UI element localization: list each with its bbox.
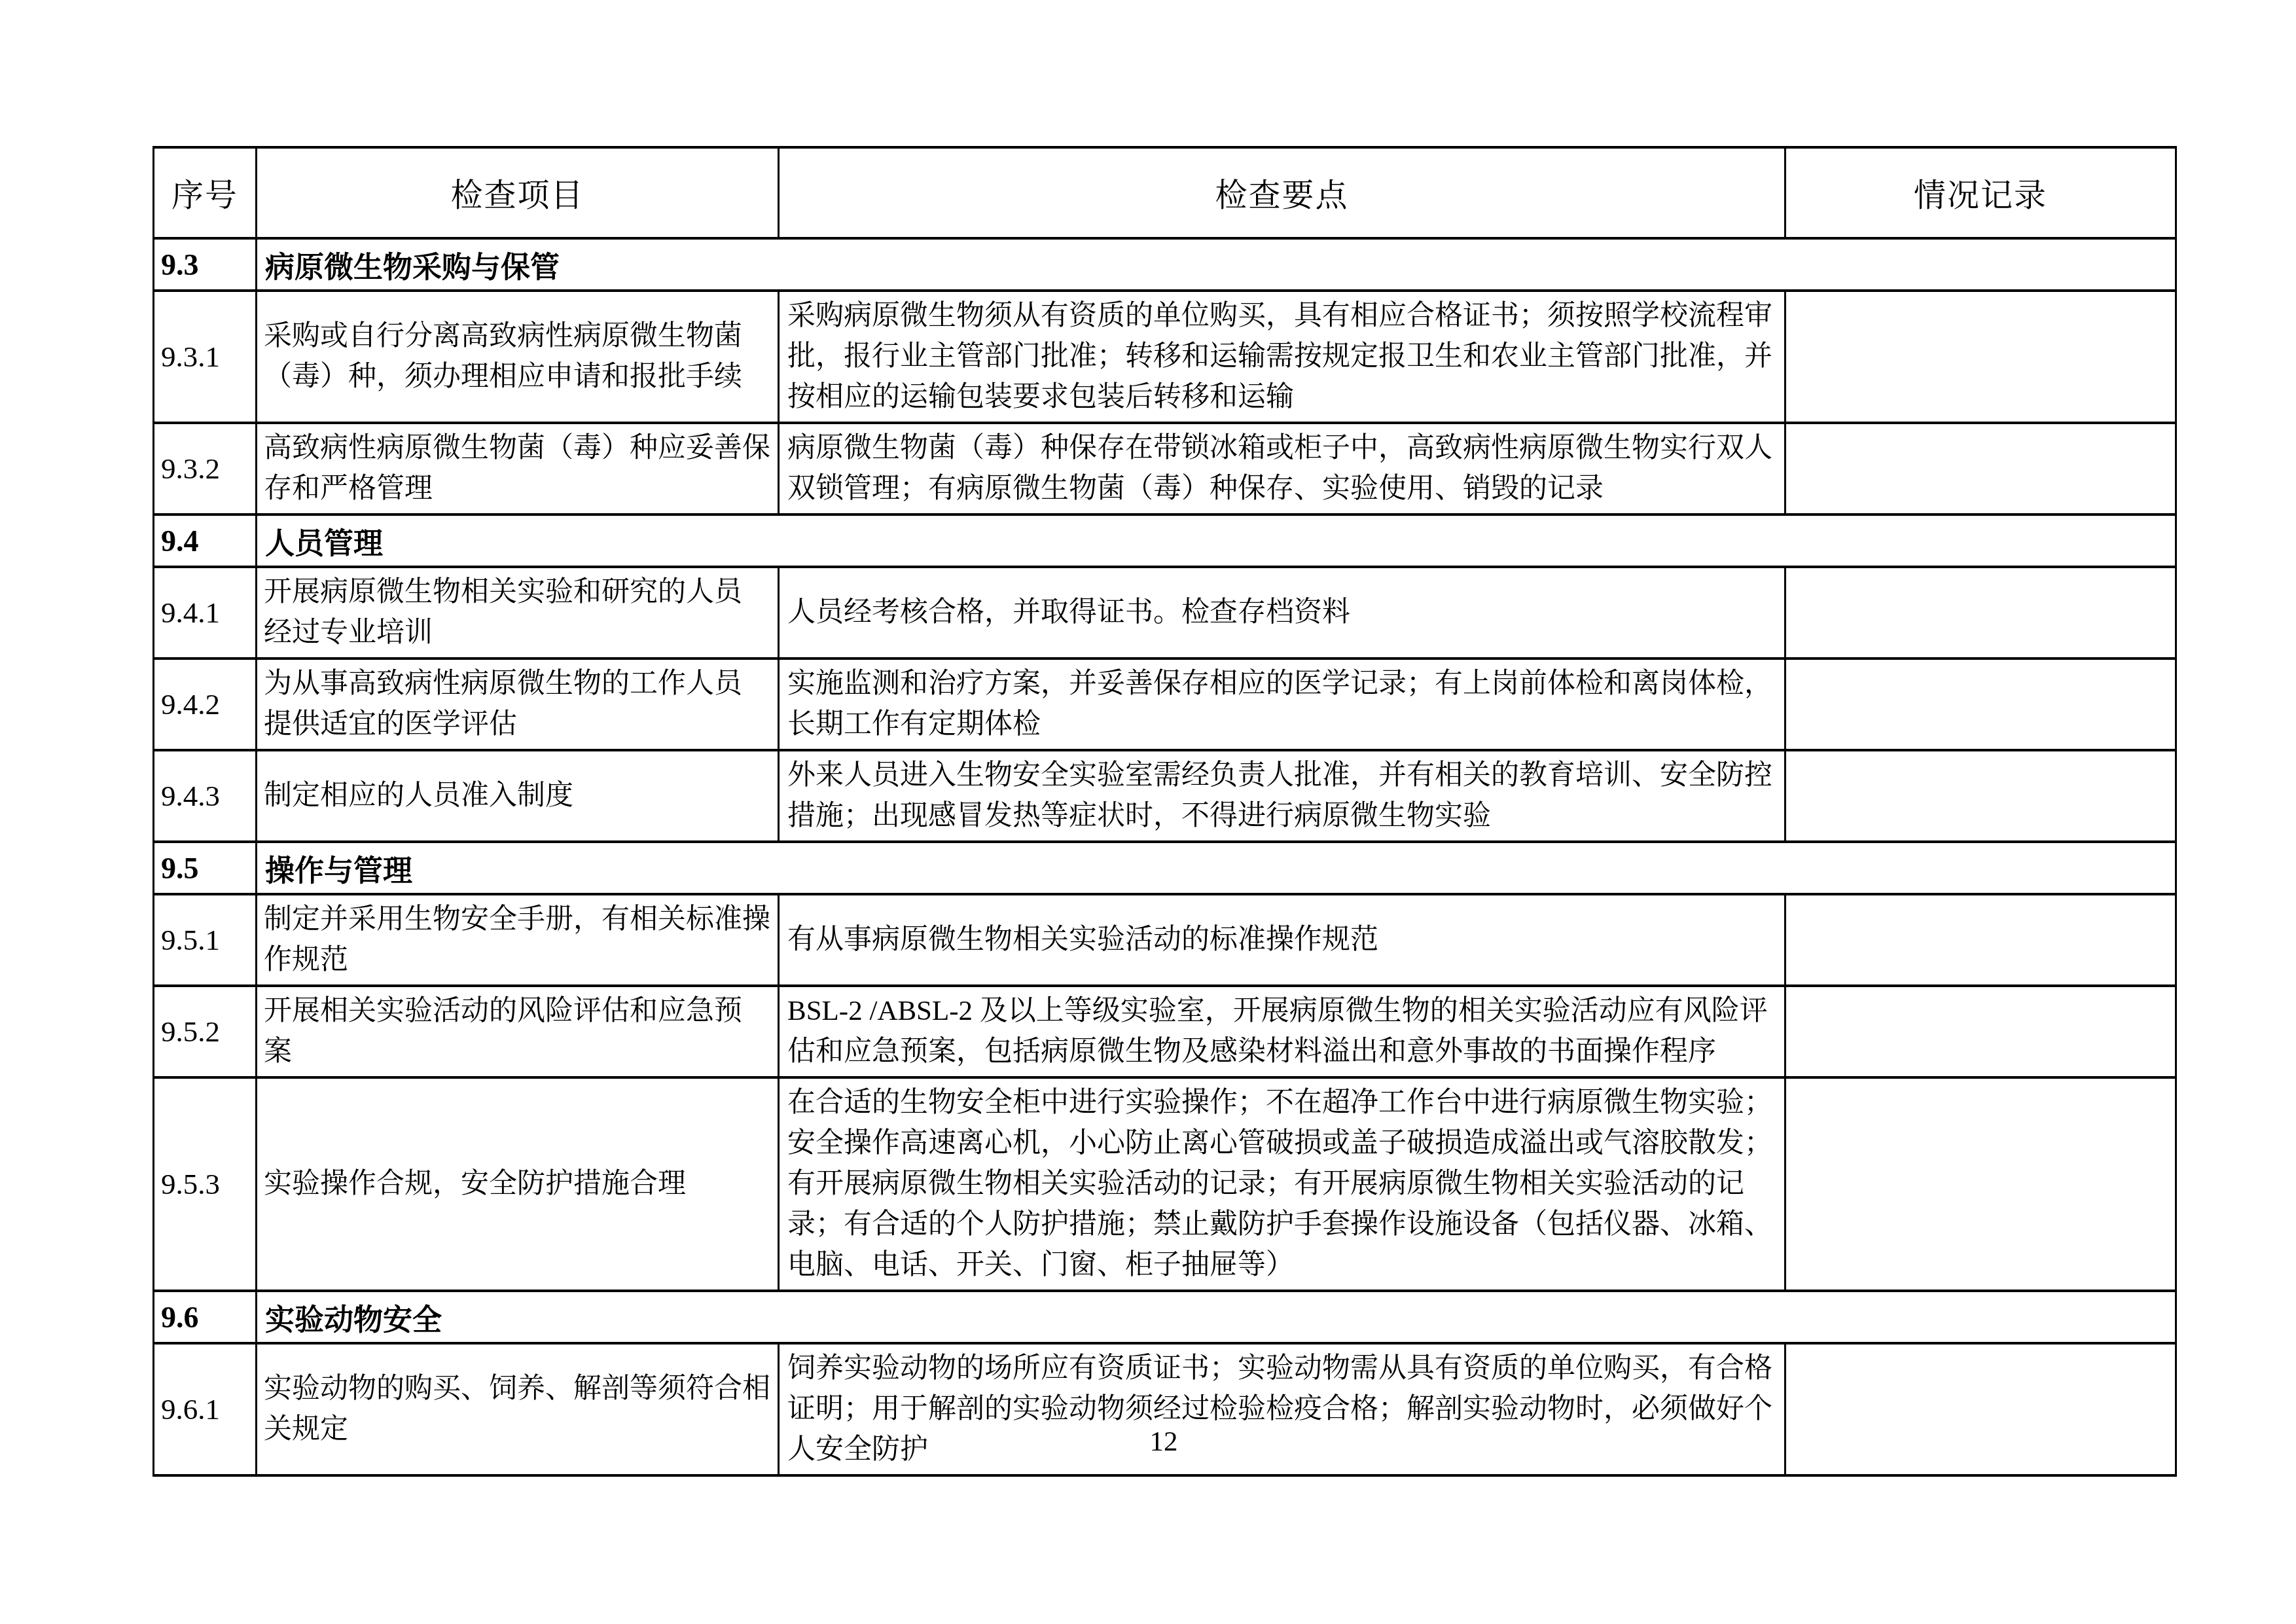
record-cell — [1785, 750, 2176, 842]
check-point-cell: 采购病原微生物须从有资质的单位购买，具有相应合格证书；须按照学校流程审 批，报行… — [779, 291, 1785, 423]
check-item-cell: 开展病原微生物相关实验和研究的人员 经过专业培训 — [257, 567, 779, 659]
header-row: 序号 检查项目 检查要点 情况记录 — [154, 147, 2176, 238]
record-cell — [1785, 986, 2176, 1077]
row-number-cell: 9.5.2 — [154, 986, 257, 1077]
row-number-cell: 9.4.2 — [154, 659, 257, 750]
section-number-cell: 9.4 — [154, 514, 257, 567]
table-row: 9.5.2开展相关实验活动的风险评估和应急预 案BSL-2 /ABSL-2 及以… — [154, 986, 2176, 1077]
check-item-cell: 高致病性病原微生物菌（毒）种应妥善保 存和严格管理 — [257, 423, 779, 514]
row-number-cell: 9.5.3 — [154, 1077, 257, 1291]
table-body: 9.3病原微生物采购与保管9.3.1采购或自行分离高致病性病原微生物菌 （毒）种… — [154, 238, 2176, 1475]
row-number-cell: 9.3.2 — [154, 423, 257, 514]
table-row: 9.5.3实验操作合规，安全防护措施合理在合适的生物安全柜中进行实验操作；不在超… — [154, 1077, 2176, 1291]
check-item-cell: 采购或自行分离高致病性病原微生物菌 （毒）种，须办理相应申请和报批手续 — [257, 291, 779, 423]
table-header: 序号 检查项目 检查要点 情况记录 — [154, 147, 2176, 238]
table-row: 9.3.1采购或自行分离高致病性病原微生物菌 （毒）种，须办理相应申请和报批手续… — [154, 291, 2176, 423]
section-number-cell: 9.5 — [154, 842, 257, 894]
check-item-cell: 开展相关实验活动的风险评估和应急预 案 — [257, 986, 779, 1077]
row-number-cell: 9.3.1 — [154, 291, 257, 423]
row-number-cell: 9.4.1 — [154, 567, 257, 659]
section-title-cell: 人员管理 — [257, 514, 2176, 567]
header-cell-point: 检查要点 — [779, 147, 1785, 238]
section-title-cell: 实验动物安全 — [257, 1291, 2176, 1343]
check-point-cell: 实施监测和治疗方案，并妥善保存相应的医学记录；有上岗前体检和离岗体检， 长期工作… — [779, 659, 1785, 750]
check-point-cell: BSL-2 /ABSL-2 及以上等级实验室，开展病原微生物的相关实验活动应有风… — [779, 986, 1785, 1077]
table-row: 9.3.2高致病性病原微生物菌（毒）种应妥善保 存和严格管理病原微生物菌（毒）种… — [154, 423, 2176, 514]
record-cell — [1785, 1077, 2176, 1291]
inspection-table: 序号 检查项目 检查要点 情况记录 9.3病原微生物采购与保管9.3.1采购或自… — [152, 146, 2177, 1477]
header-cell-item: 检查项目 — [257, 147, 779, 238]
check-point-cell: 在合适的生物安全柜中进行实验操作；不在超净工作台中进行病原微生物实验； 安全操作… — [779, 1077, 1785, 1291]
section-row: 9.5操作与管理 — [154, 842, 2176, 894]
check-point-cell: 人员经考核合格，并取得证书。检查存档资料 — [779, 567, 1785, 659]
record-cell — [1785, 659, 2176, 750]
section-title-cell: 操作与管理 — [257, 842, 2176, 894]
section-row: 9.4人员管理 — [154, 514, 2176, 567]
check-item-cell: 实验操作合规，安全防护措施合理 — [257, 1077, 779, 1291]
check-point-cell: 有从事病原微生物相关实验活动的标准操作规范 — [779, 894, 1785, 986]
page-number: 12 — [152, 1426, 2175, 1458]
table-row: 9.5.1制定并采用生物安全手册，有相关标准操 作规范有从事病原微生物相关实验活… — [154, 894, 2176, 986]
table-row: 9.4.1开展病原微生物相关实验和研究的人员 经过专业培训人员经考核合格，并取得… — [154, 567, 2176, 659]
record-cell — [1785, 423, 2176, 514]
section-number-cell: 9.3 — [154, 238, 257, 291]
section-row: 9.6实验动物安全 — [154, 1291, 2176, 1343]
section-title-cell: 病原微生物采购与保管 — [257, 238, 2176, 291]
row-number-cell: 9.4.3 — [154, 750, 257, 842]
header-cell-record: 情况记录 — [1785, 147, 2176, 238]
record-cell — [1785, 291, 2176, 423]
check-point-cell: 病原微生物菌（毒）种保存在带锁冰箱或柜子中，高致病性病原微生物实行双人 双锁管理… — [779, 423, 1785, 514]
section-number-cell: 9.6 — [154, 1291, 257, 1343]
table-row: 9.4.3制定相应的人员准入制度外来人员进入生物安全实验室需经负责人批准，并有相… — [154, 750, 2176, 842]
check-item-cell: 制定并采用生物安全手册，有相关标准操 作规范 — [257, 894, 779, 986]
check-item-cell: 制定相应的人员准入制度 — [257, 750, 779, 842]
record-cell — [1785, 567, 2176, 659]
section-row: 9.3病原微生物采购与保管 — [154, 238, 2176, 291]
check-item-cell: 为从事高致病性病原微生物的工作人员 提供适宜的医学评估 — [257, 659, 779, 750]
record-cell — [1785, 894, 2176, 986]
header-cell-no: 序号 — [154, 147, 257, 238]
table-row: 9.4.2为从事高致病性病原微生物的工作人员 提供适宜的医学评估实施监测和治疗方… — [154, 659, 2176, 750]
row-number-cell: 9.5.1 — [154, 894, 257, 986]
document-page: 序号 检查项目 检查要点 情况记录 9.3病原微生物采购与保管9.3.1采购或自… — [0, 0, 2296, 1624]
check-point-cell: 外来人员进入生物安全实验室需经负责人批准，并有相关的教育培训、安全防控 措施；出… — [779, 750, 1785, 842]
